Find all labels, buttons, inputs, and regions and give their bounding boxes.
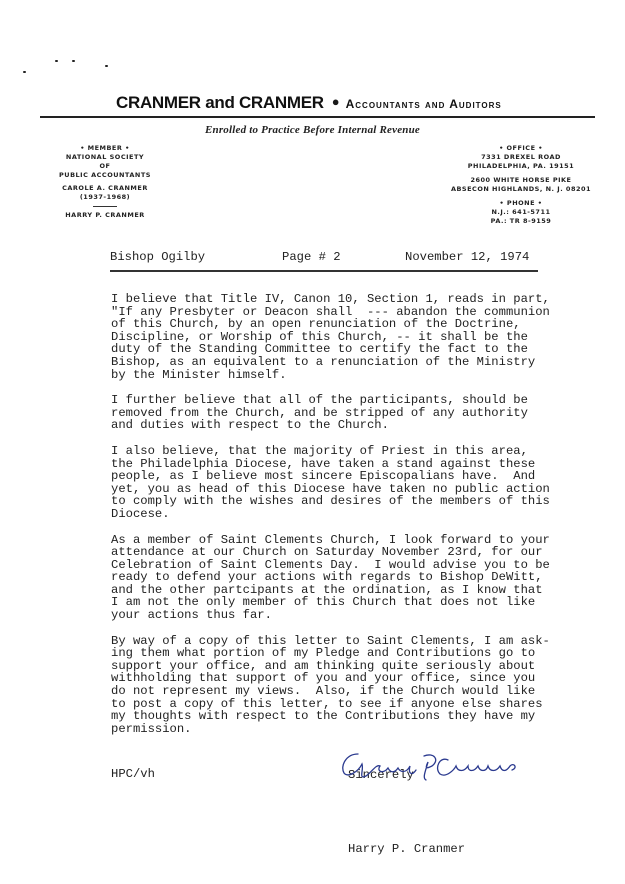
society-line: NATIONAL SOCIETY [36,153,174,162]
paragraph: By way of a copy of this letter to Saint… [111,635,561,736]
partner-name: CAROLE A. CRANMER [36,184,174,193]
phone-label: • PHONE • [428,199,614,208]
partner-name: HARRY P. CRANMER [36,211,174,220]
phone-number: PA.: TR 8-9159 [428,217,614,226]
signer-name: Harry P. Cranmer [348,843,465,856]
speck [23,71,26,73]
office-address-line: PHILADELPHIA, PA. 19151 [428,162,614,171]
speck [72,60,75,62]
header-rule [110,270,538,272]
partner-years: (1937-1968) [36,193,174,202]
society-line: OF [36,162,174,171]
office-address-line: ABSECON HIGHLANDS, N. J. 08201 [428,185,614,194]
office-label: • OFFICE • [428,144,614,153]
speck [105,65,108,67]
paragraph: I also believe, that the majority of Pri… [111,445,561,521]
letter-body: I believe that Title IV, Canon 10, Secti… [111,293,561,748]
page-number: Page # 2 [282,250,341,264]
enrolled-line: Enrolled to Practice Before Internal Rev… [0,124,625,136]
society-line: PUBLIC ACCOUNTANTS [36,171,174,180]
letter-date: November 12, 1974 [405,250,529,264]
office-address-line: 2600 WHITE HORSE PIKE [428,176,614,185]
bullet-icon: ● [332,94,340,109]
office-block: • OFFICE • 7331 DREXEL ROAD PHILADELPHIA… [428,144,614,226]
phone-number: N.J.: 641-5711 [428,208,614,217]
speck [55,60,58,62]
paragraph: I believe that Title IV, Canon 10, Secti… [111,293,561,381]
handwritten-signature [336,746,546,786]
member-block: • MEMBER • NATIONAL SOCIETY OF PUBLIC AC… [36,144,174,220]
letterhead-rule [40,116,595,118]
firm-tagline: Accountants and Auditors [346,97,502,111]
recipient: Bishop Ogilby [110,250,205,264]
divider [93,206,117,207]
paragraph: As a member of Saint Clements Church, I … [111,534,561,622]
letterhead-title: CRANMER and CRANMER●Accountants and Audi… [116,93,536,113]
paragraph: I further believe that all of the partic… [111,394,561,432]
office-address-line: 7331 DREXEL ROAD [428,153,614,162]
firm-name: CRANMER and CRANMER [116,93,324,112]
member-label: • MEMBER • [36,144,174,153]
typist-initials: HPC/vh [111,767,155,781]
